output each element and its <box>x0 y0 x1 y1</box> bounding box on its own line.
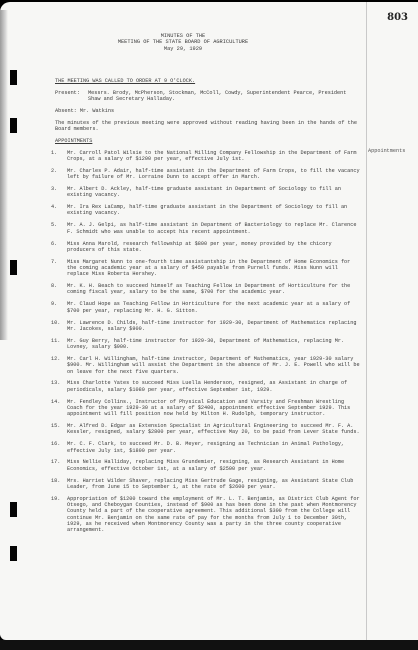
list-item: 5.Mr. A. J. Gelpi, as half-time assistan… <box>55 222 360 235</box>
item-number: 2. <box>51 168 67 181</box>
item-text: Miss Anna Marold, research fellowship at… <box>67 241 360 254</box>
list-item: 19.Appropriation of $1200 toward the emp… <box>55 496 360 534</box>
item-text: Mr. Alfred D. Edgar as Extension Special… <box>67 423 360 436</box>
page-edge-shadow <box>0 10 8 340</box>
present-label: Present: <box>55 90 88 103</box>
call-to-order: THE MEETING WAS CALLED TO ORDER AT 9 O'C… <box>55 78 360 84</box>
scan-bottom-edge <box>0 640 418 650</box>
margin-note: Appointments <box>368 148 405 154</box>
header-date: May 29, 1929 <box>0 46 366 52</box>
list-item: 16.Mr. C. F. Clark, to succeed Mr. D. B.… <box>55 441 360 454</box>
item-number: 16. <box>51 441 67 454</box>
list-item: 11.Mr. Guy Berry, half-time instructor f… <box>55 338 360 351</box>
item-text: Mr. Albert D. Ackley, half-time graduate… <box>67 186 360 199</box>
item-number: 9. <box>51 301 67 314</box>
item-text: Mr. Lawrence D. Childs, half-time instru… <box>67 320 360 333</box>
list-item: 15.Mr. Alfred D. Edgar as Extension Spec… <box>55 423 360 436</box>
list-item: 17.Miss Nellie Halliday, replacing Miss … <box>55 459 360 472</box>
present-block: Present: Messrs. Brody, McPherson, Stock… <box>55 90 360 103</box>
list-item: 8.Mr. K. H. Beach to succeed himself as … <box>55 283 360 296</box>
appointments-list: 1.Mr. Carroll Patol Wilsie to the Nation… <box>55 150 360 534</box>
item-text: Miss Nellie Halliday, replacing Miss Gru… <box>67 459 360 472</box>
document-body: THE MEETING WAS CALLED TO ORDER AT 9 O'C… <box>55 78 360 539</box>
section-heading: APPOINTMENTS <box>55 138 360 144</box>
item-number: 18. <box>51 478 67 491</box>
minutes-approval: The minutes of the previous meeting were… <box>55 120 360 133</box>
list-item: 6.Miss Anna Marold, research fellowship … <box>55 241 360 254</box>
item-text: Mr. Fendley Collins., Instructor of Phys… <box>67 399 360 418</box>
item-number: 8. <box>51 283 67 296</box>
item-text: Mr. Carroll Patol Wilsie to the National… <box>67 150 360 163</box>
list-item: 7.Miss Margaret Nunn to one-fourth time … <box>55 259 360 278</box>
list-item: 12.Mr. Carl H. Willingham, half-time ins… <box>55 356 360 375</box>
page-number: 803 <box>387 12 408 23</box>
item-number: 6. <box>51 241 67 254</box>
item-number: 17. <box>51 459 67 472</box>
punch-hole-mark <box>10 502 17 517</box>
list-item: 1.Mr. Carroll Patol Wilsie to the Nation… <box>55 150 360 163</box>
item-number: 15. <box>51 423 67 436</box>
item-text: Mr. Claud Hope as Teaching Fellow in Hor… <box>67 301 360 314</box>
list-item: 18.Mrs. Harriet Wilder Shaver, replacing… <box>55 478 360 491</box>
list-item: 13.Miss Charlotte Yates to succeed Miss … <box>55 380 360 393</box>
document-page: 803 Appointments MINUTES OF THE MEETING … <box>0 2 418 640</box>
item-text: Mr. Carl H. Willingham, half-time instru… <box>67 356 360 375</box>
item-text: Miss Charlotte Yates to succeed Miss Lue… <box>67 380 360 393</box>
punch-hole-mark <box>10 118 17 133</box>
absent-line: Absent: Mr. Watkins <box>55 108 360 114</box>
list-item: 14.Mr. Fendley Collins., Instructor of P… <box>55 399 360 418</box>
list-item: 2.Mr. Charles P. Adair, half-time assist… <box>55 168 360 181</box>
item-text: Mr. K. H. Beach to succeed himself as Te… <box>67 283 360 296</box>
item-text: Mr. Charles P. Adair, half-time assistan… <box>67 168 360 181</box>
item-text: Mr. A. J. Gelpi, as half-time assistant … <box>67 222 360 235</box>
punch-hole-mark <box>10 546 17 561</box>
list-item: 10.Mr. Lawrence D. Childs, half-time ins… <box>55 320 360 333</box>
item-number: 10. <box>51 320 67 333</box>
item-number: 13. <box>51 380 67 393</box>
punch-hole-mark <box>10 260 17 275</box>
item-text: Mr. Guy Berry, half-time instructor for … <box>67 338 360 351</box>
list-item: 4.Mr. Ira Rex LaCamp, half-time graduate… <box>55 204 360 217</box>
list-item: 9.Mr. Claud Hope as Teaching Fellow in H… <box>55 301 360 314</box>
item-text: Miss Margaret Nunn to one-fourth time as… <box>67 259 360 278</box>
item-number: 14. <box>51 399 67 418</box>
margin-rule <box>366 2 367 640</box>
item-number: 5. <box>51 222 67 235</box>
item-number: 19. <box>51 496 67 534</box>
list-item: 3.Mr. Albert D. Ackley, half-time gradua… <box>55 186 360 199</box>
item-number: 4. <box>51 204 67 217</box>
item-text: Mr. Ira Rex LaCamp, half-time graduate a… <box>67 204 360 217</box>
item-number: 11. <box>51 338 67 351</box>
item-text: Mrs. Harriet Wilder Shaver, replacing Mi… <box>67 478 360 491</box>
item-number: 1. <box>51 150 67 163</box>
present-text: Messrs. Brody, McPherson, Stockman, McCo… <box>88 90 360 103</box>
item-number: 12. <box>51 356 67 375</box>
item-text: Appropriation of $1200 toward the employ… <box>67 496 360 534</box>
document-header: MINUTES OF THE MEETING OF THE STATE BOAR… <box>0 33 366 52</box>
punch-hole-mark <box>10 70 17 85</box>
item-text: Mr. C. F. Clark, to succeed Mr. D. B. Me… <box>67 441 360 454</box>
item-number: 3. <box>51 186 67 199</box>
item-number: 7. <box>51 259 67 278</box>
